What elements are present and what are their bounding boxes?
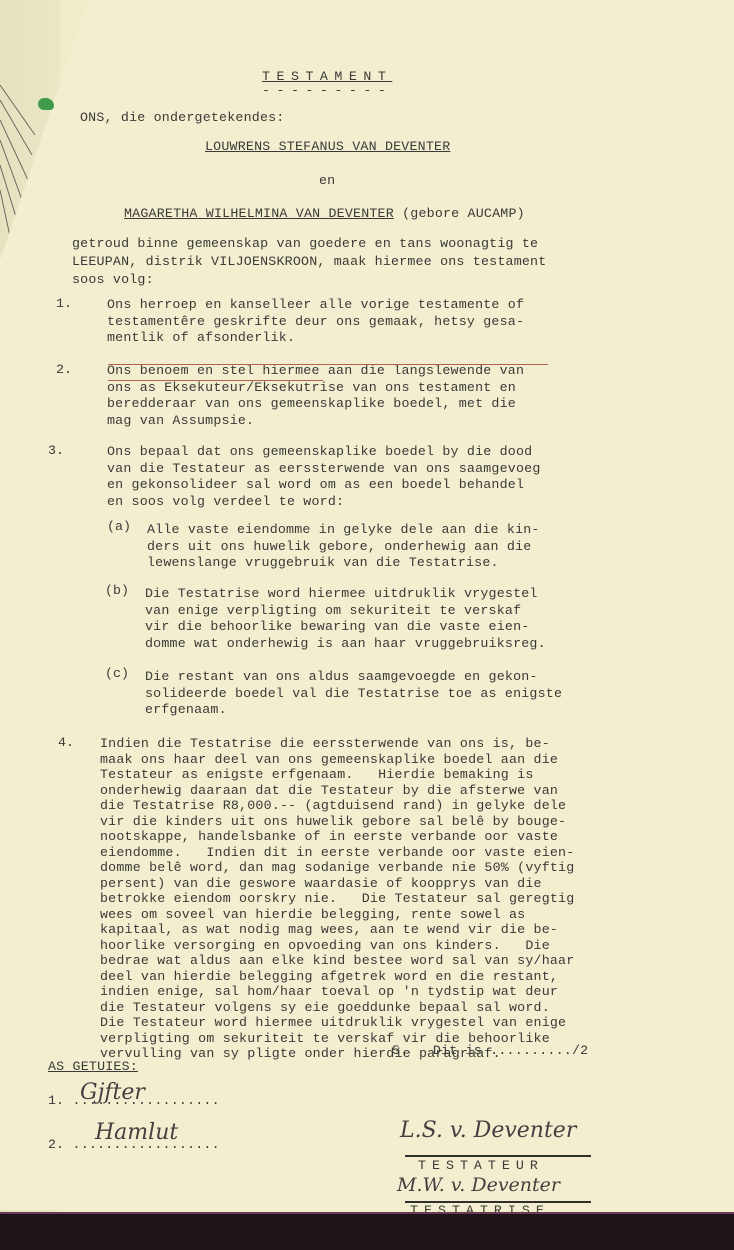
clause-number: 2. <box>56 362 72 377</box>
clause-line: testamentêre geskrifte deur ons gemaak, … <box>107 313 524 330</box>
subclause-line: lewenslange vruggebruik van die Testatri… <box>147 554 499 571</box>
subclause-line: erfgenaam. <box>145 701 227 718</box>
underline-mark <box>108 380 323 381</box>
clause-line: van die Testateur as eerssterwende van o… <box>107 460 541 477</box>
continuation-note: 5. Dit is ........../2 <box>392 1042 588 1059</box>
clause-line: Ons herroep en kanselleer alle vorige te… <box>107 296 524 313</box>
clause-line: en soos volg verdeel te word: <box>107 493 344 510</box>
clause-line: ons as Eksekuteur/Eksekutrise van ons te… <box>107 379 516 396</box>
subclause-line: vir die behoorlike bewaring van die vast… <box>145 618 529 635</box>
subclause-label: (b) <box>105 583 129 598</box>
preamble-line: LEEUPAN, distrik VILJOENSKROON, maak hie… <box>72 253 546 270</box>
subclause-line: domme wat onderhewig is aan haar vruggeb… <box>145 635 546 652</box>
witnesses-label: AS GETUIES: <box>48 1058 138 1075</box>
subclause-label: (a) <box>107 519 131 534</box>
clause-number: 4. <box>58 735 74 750</box>
witness-1-signature: Gjfter <box>80 1080 145 1105</box>
preamble-line: soos volg: <box>72 271 154 288</box>
clause-line: mentlik of afsonderlik. <box>107 329 295 346</box>
subclause-line: Alle vaste eiendomme in gelyke dele aan … <box>147 521 540 538</box>
party-2-note: (gebore AUCAMP) <box>402 206 525 221</box>
testatrix-signature: M.W. v. Deventer <box>397 1174 560 1196</box>
clause-number: 1. <box>56 296 72 311</box>
title-rule: --------- <box>262 82 392 99</box>
intro-text: ONS, die ondergetekendes: <box>80 109 285 126</box>
underline-mark <box>108 364 548 365</box>
testator-signature: L.S. v. Deventer <box>400 1118 576 1143</box>
preamble-line: getroud binne gemeenskap van goedere en … <box>72 235 538 252</box>
party-2: MAGARETHA WILHELMINA VAN DEVENTER (gebor… <box>124 205 525 222</box>
witness-2-signature: Hamlut <box>95 1120 178 1145</box>
subclause-line: ders uit ons huwelik gebore, onderhewig … <box>147 538 531 555</box>
clause-number: 3. <box>48 443 64 458</box>
clause-line: Ons bepaal dat ons gemeenskaplike boedel… <box>107 443 532 460</box>
clause-line: en gekonsolideer sal word om as een boed… <box>107 476 524 493</box>
paper-clip-icon <box>38 98 54 110</box>
conjunction: en <box>319 172 335 189</box>
clause-line: mag van Assumpsie. <box>107 412 254 429</box>
party-1-name: LOUWRENS STEFANUS VAN DEVENTER <box>205 138 450 155</box>
subclause-line: Die Testatrise word hiermee uitdruklik v… <box>145 585 538 602</box>
subclause-line: van enige verpligting om sekuriteit te v… <box>145 602 521 619</box>
subclause-line: Die restant van ons aldus saamgevoegde e… <box>145 668 538 685</box>
subclause-line: solideerde boedel val die Testatrise toe… <box>145 685 562 702</box>
clause-line: beredderaar van ons gemeenskaplike boede… <box>107 395 516 412</box>
party-2-name: MAGARETHA WILHELMINA VAN DEVENTER <box>124 206 394 221</box>
background-surface <box>0 1212 734 1250</box>
subclause-label: (c) <box>105 666 129 681</box>
testator-label: TESTATEUR <box>418 1157 544 1174</box>
